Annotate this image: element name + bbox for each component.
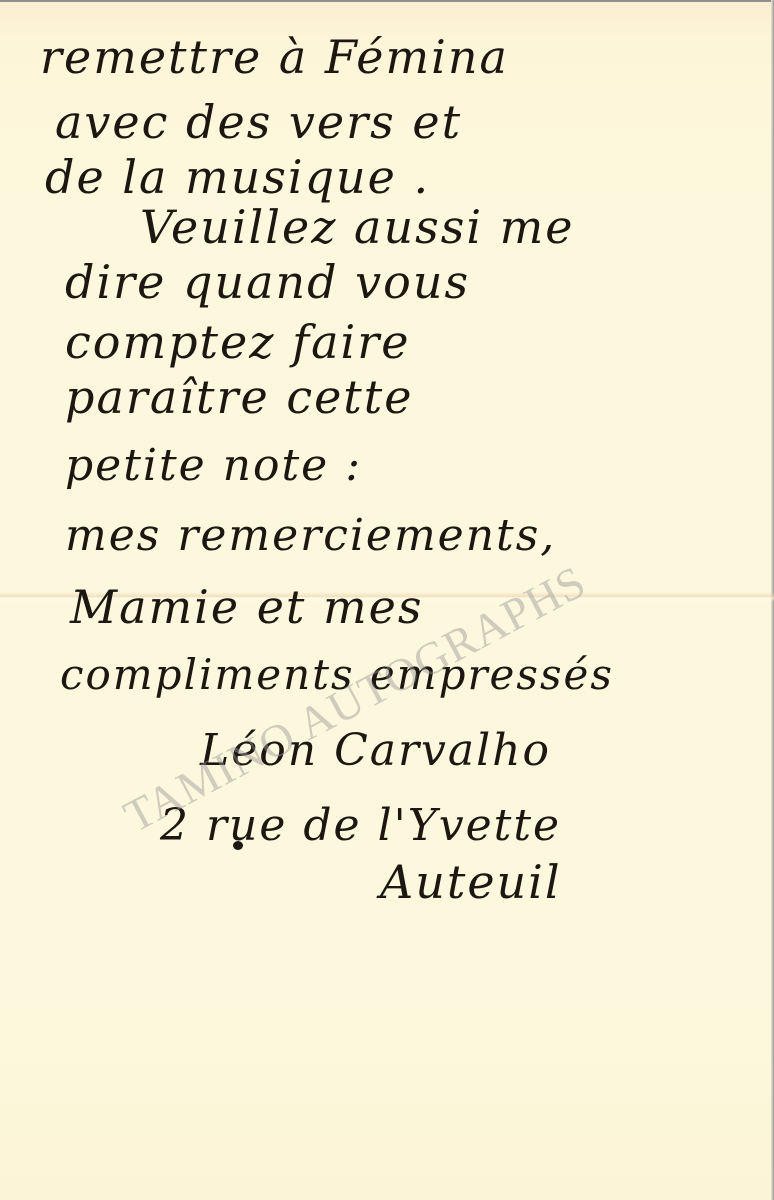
ink-blot xyxy=(233,841,243,850)
paper-top-edge xyxy=(0,0,774,2)
letter-line: 2 rue de l'Yvette xyxy=(160,800,561,851)
letter-line: paraître cette xyxy=(65,370,414,424)
letter-line: de la musique . xyxy=(45,150,430,204)
letter-page: remettre à Féminaavec des vers etde la m… xyxy=(0,0,774,1200)
letter-line: dire quand vous xyxy=(65,255,470,309)
letter-line: comptez faire xyxy=(65,315,410,369)
letter-line: Mamie et mes xyxy=(70,580,423,634)
letter-line: avec des vers et xyxy=(55,95,462,149)
letter-line: Veuillez aussi me xyxy=(140,200,575,254)
letter-line: petite note : xyxy=(65,440,362,491)
letter-line: mes remerciements, xyxy=(65,510,556,561)
letter-line: remettre à Fémina xyxy=(40,30,509,84)
letter-line: Auteuil xyxy=(380,855,562,909)
